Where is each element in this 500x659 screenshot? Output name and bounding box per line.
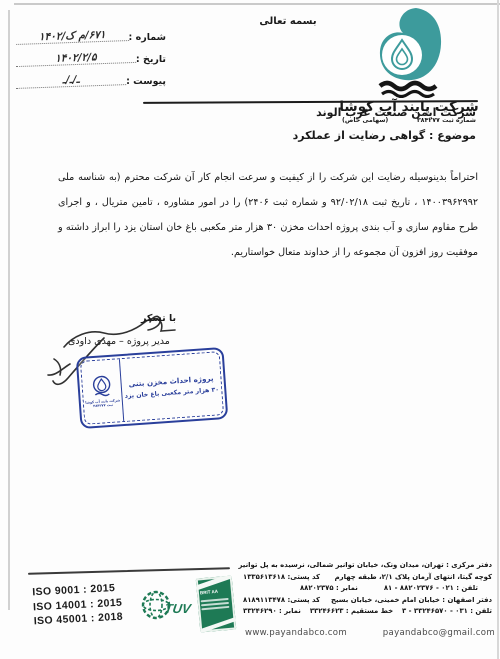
tuv-certification-logo: TUV bbox=[141, 585, 199, 631]
isfahan-office-address: دفتر اصفهان : خیابان امام خمینی، خیابان … bbox=[331, 595, 492, 607]
head-office-address: دفتر مرکزی : تهران، میدان ونک، خیابان تو… bbox=[239, 560, 493, 572]
head-office-postal-code: کد پستی: ۱۳۳۵۶۱۳۶۱۸ bbox=[243, 572, 320, 584]
field-attachment-value: ـ/ـ/ـ bbox=[16, 72, 126, 89]
head-office-fax: نمابر : ۸۸۲۰۲۳۷۵ bbox=[300, 583, 358, 595]
closing-text: با تشکر bbox=[141, 313, 176, 324]
isfahan-phone: تلفن : ۰۳۱ - ۳۳۲۴۶۵۷۰ - ۳ bbox=[402, 606, 492, 618]
address-line-4: دفتر اصفهان : خیابان امام خمینی، خیابان … bbox=[243, 595, 492, 607]
field-attachment-label: پیوست : bbox=[126, 76, 166, 87]
field-attachment: پیوست : ـ/ـ/ـ bbox=[16, 74, 166, 87]
scan-edge-top bbox=[14, 3, 500, 5]
stamp-inner-frame: شرکت پایند آب کوشا ثبت ۳۸۴۲۷۷ پروژه احدا… bbox=[80, 351, 224, 425]
isfahan-postal-code: کد پستی: ۸۱۸۹۱۱۳۴۷۸ bbox=[243, 595, 320, 607]
footer-address-block: دفتر مرکزی : تهران، میدان ونک، خیابان تو… bbox=[243, 560, 492, 618]
address-line-5: تلفن : ۰۳۱ - ۳۳۲۴۶۵۷۰ - ۳ خط مستقیم : ۳۳… bbox=[243, 606, 492, 618]
address-line-2: کوچه گیتا، انتهای آرمان پلاک ۲/۱، طبقه چ… bbox=[243, 572, 492, 584]
stamp-logo-section: شرکت پایند آب کوشا ثبت ۳۸۴۲۷۷ bbox=[81, 359, 124, 424]
email-address: payandabco@gmail.com bbox=[383, 628, 495, 638]
stamp-project-line1: پروژه احداث مخزن بتنی bbox=[128, 374, 214, 389]
badge-label: BRIT AA bbox=[200, 589, 218, 596]
field-number-label: شماره : bbox=[129, 32, 166, 43]
field-number-value: ۶۷۱/م ک/۱۴۰۲ bbox=[16, 28, 129, 45]
isfahan-fax: نمابر : ۳۳۲۴۶۲۹۰ bbox=[243, 606, 301, 618]
stamp-registration: ثبت ۳۸۴۲۷۷ bbox=[93, 403, 113, 408]
scanned-letter-page: بسمه تعالی شماره : ۶۷۱/م ک/۱۴۰۲ تاریخ : … bbox=[0, 0, 500, 659]
letter-reference-fields: شماره : ۶۷۱/م ک/۱۴۰۲ تاریخ : ۱۴۰۲/۲/۵ پی… bbox=[16, 30, 166, 96]
head-office-address-2: کوچه گیتا، انتهای آرمان پلاک ۲/۱، طبقه چ… bbox=[335, 572, 492, 584]
stamp-text-section: پروژه احداث مخزن بتنی ۳۰ هزار متر مکعبی … bbox=[120, 352, 223, 421]
subject-line: موضوع : گواهی رضایت از عملکرد bbox=[293, 129, 476, 142]
stamp-project-line2: ۳۰ هزار متر مکعبی باغ خان یزد bbox=[125, 386, 220, 400]
water-drop-logo-icon bbox=[374, 6, 444, 98]
stamp-drop-logo-icon bbox=[91, 375, 113, 400]
iso-certifications: ISO 9001 : 2015 ISO 14001 : 2015 ISO 450… bbox=[32, 581, 123, 629]
bismillah-text: بسمه تعالی bbox=[233, 16, 343, 27]
field-date: تاریخ : ۱۴۰۲/۲/۵ bbox=[16, 52, 166, 65]
isfahan-direct-line: خط مستقیم : ۳۳۲۴۶۶۲۳ bbox=[310, 606, 393, 618]
accreditation-badge: BRIT AA bbox=[196, 576, 237, 633]
badge-stripe bbox=[196, 615, 237, 633]
project-stamp: شرکت پایند آب کوشا ثبت ۳۸۴۲۷۷ پروژه احدا… bbox=[76, 347, 229, 429]
footer-divider-line bbox=[28, 567, 230, 575]
head-office-phone: تلفن : ۰۲۱ - ۸۸۲۰۲۳۷۶ - ۸۱ bbox=[384, 583, 478, 595]
footer-web-contacts: www.payandabco.com payandabco@gmail.com bbox=[245, 628, 495, 638]
address-line-3: تلفن : ۰۲۱ - ۸۸۲۰۲۳۷۶ - ۸۱ نمابر : ۸۸۲۰۲… bbox=[243, 583, 492, 595]
scan-edge-right bbox=[497, 0, 499, 659]
field-date-value: ۱۴۰۲/۲/۵ bbox=[16, 50, 136, 67]
tuv-label: TUV bbox=[164, 601, 193, 616]
scan-edge-left bbox=[8, 10, 10, 610]
badge-fine-print bbox=[200, 596, 229, 612]
address-line-1: دفتر مرکزی : تهران، میدان ونک، خیابان تو… bbox=[243, 560, 492, 572]
recipient-name: شرکت ایمن صنعت غرب الوند bbox=[316, 106, 476, 119]
field-number: شماره : ۶۷۱/م ک/۱۴۰۲ bbox=[16, 30, 166, 43]
signatory-name: مدیر پروژه – مهدی داودی bbox=[68, 336, 170, 347]
letter-body: احتراماً بدینوسیله رضایت این شرکت را از … bbox=[58, 165, 478, 265]
website-url: www.payandabco.com bbox=[245, 628, 347, 638]
field-date-label: تاریخ : bbox=[136, 54, 166, 65]
